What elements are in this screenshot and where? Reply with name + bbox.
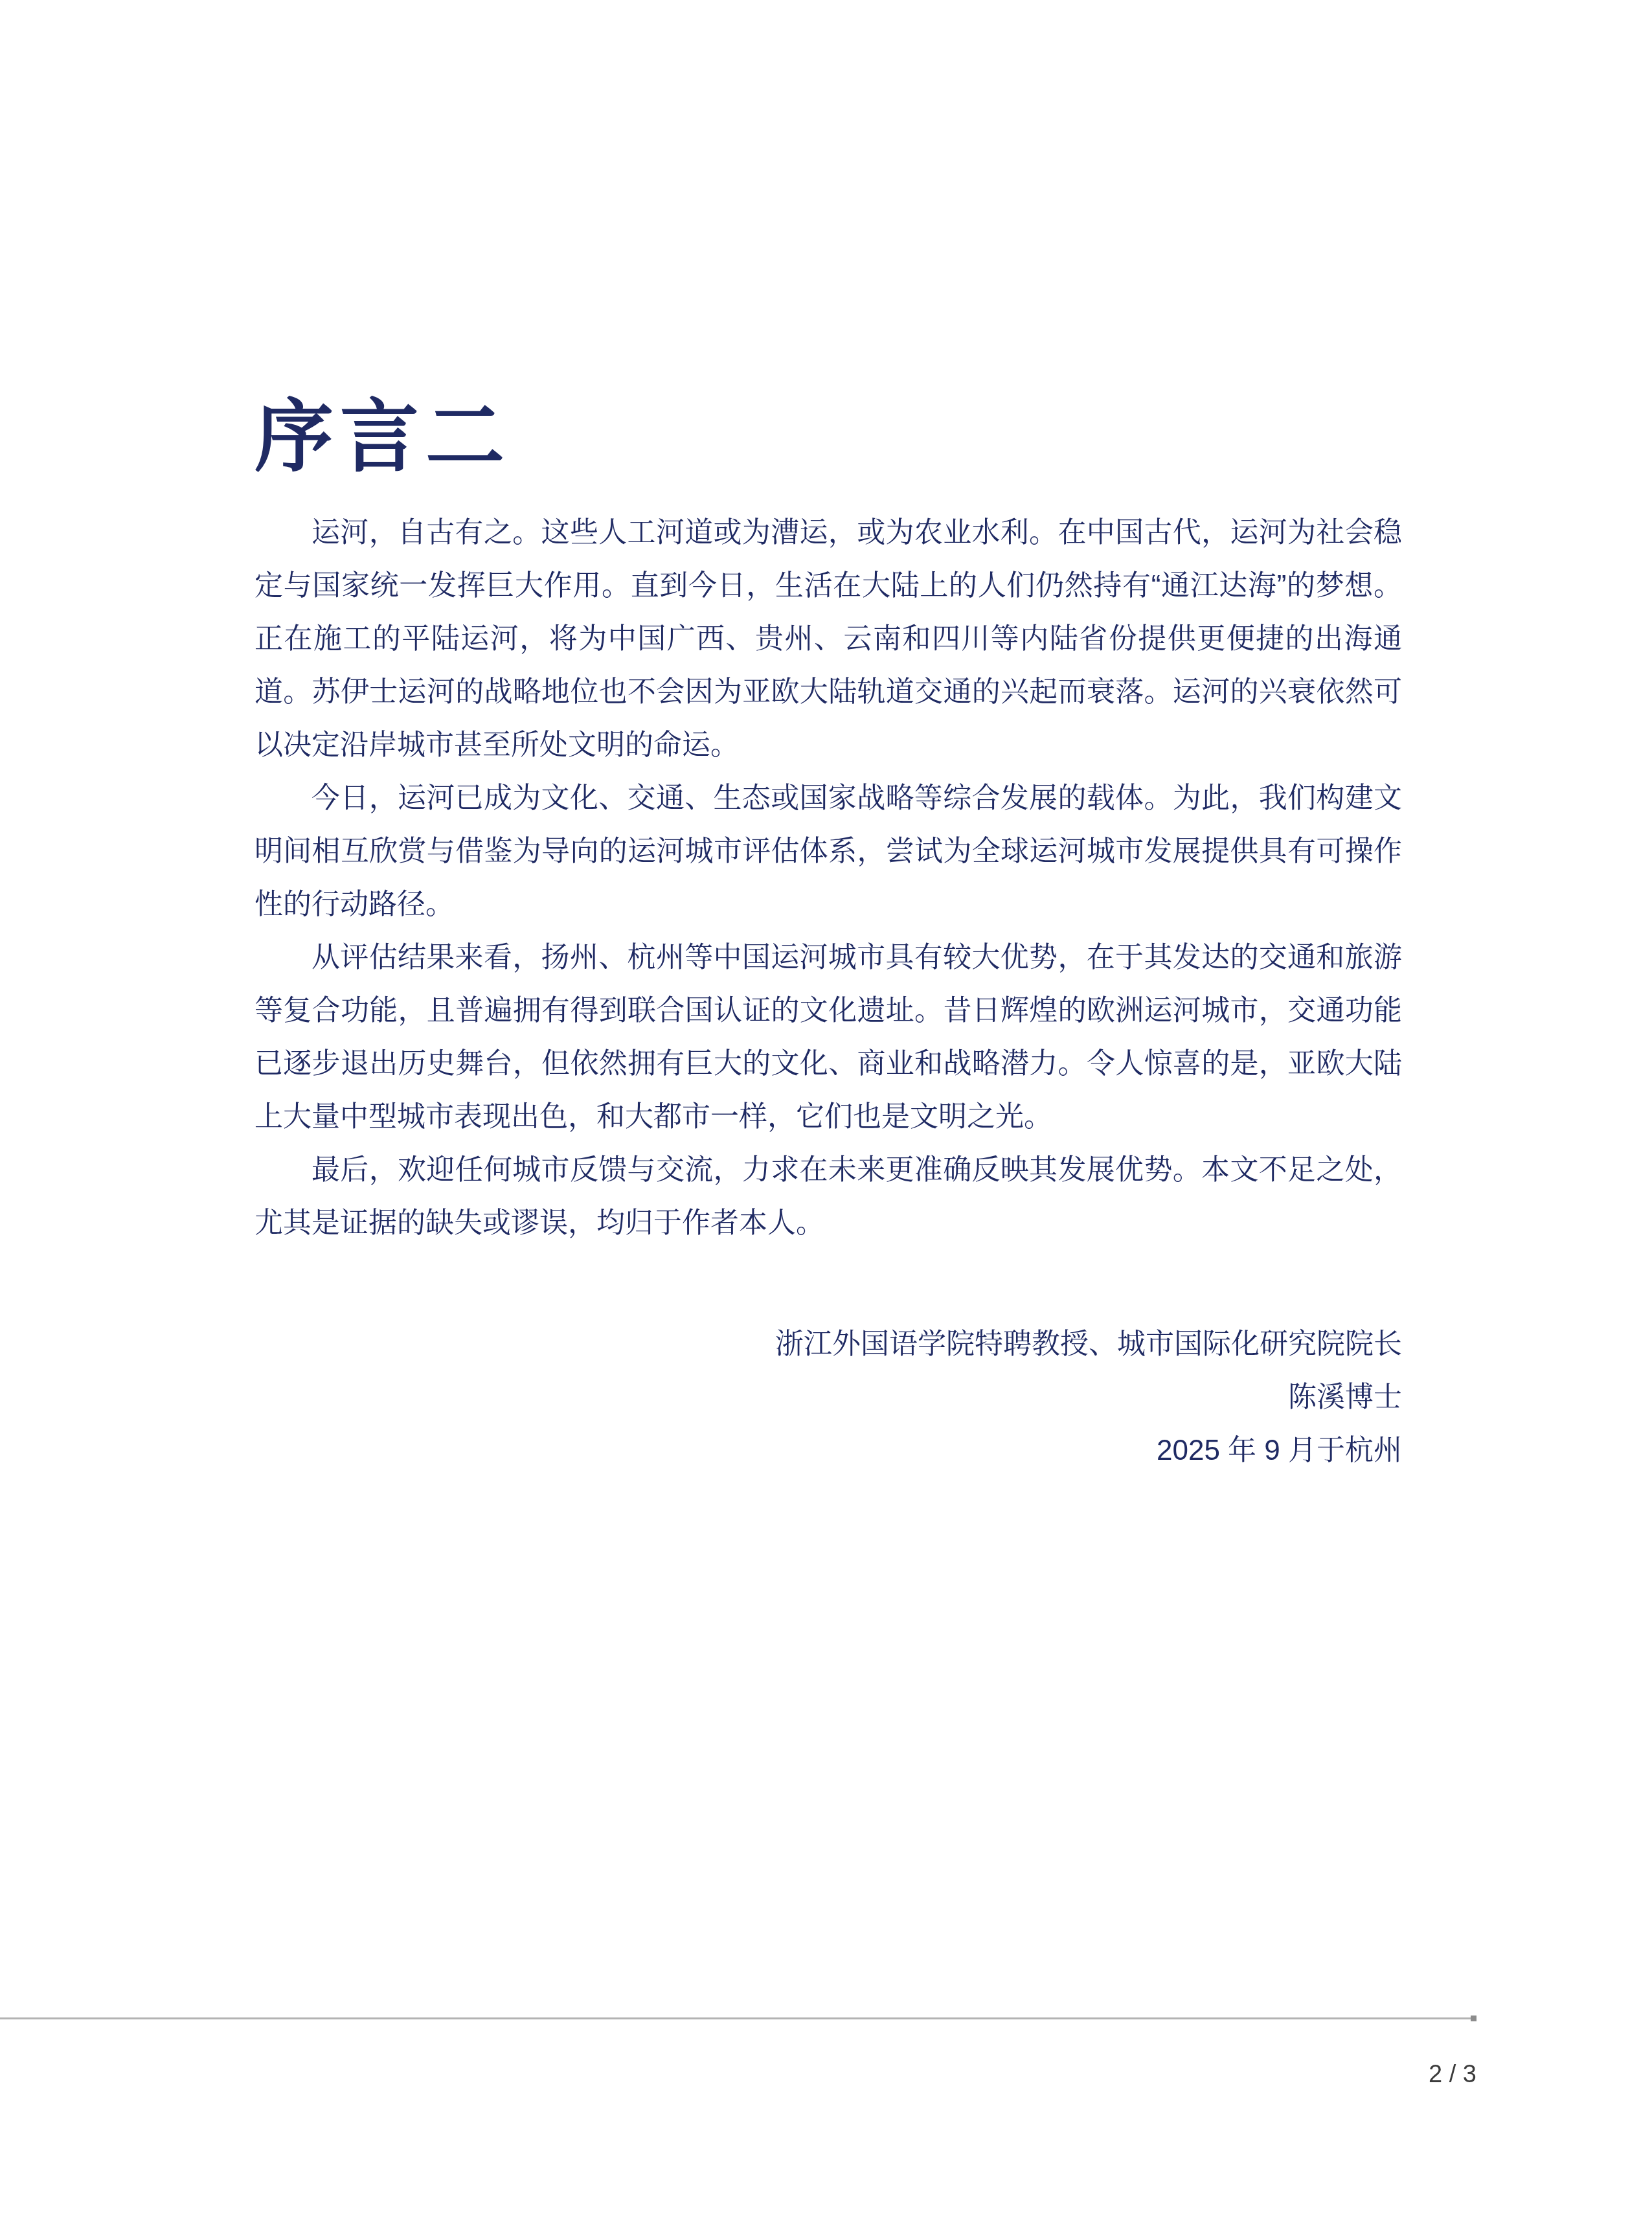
signature-date: 2025 年 9 月于杭州 — [255, 1424, 1402, 1477]
paragraph-3: 从评估结果来看，扬州、杭州等中国运河城市具有较大优势，在于其发达的交通和旅游等复… — [255, 931, 1402, 1144]
paragraph-2: 今日，运河已成为文化、交通、生态或国家战略等综合发展的载体。为此，我们构建文明间… — [255, 772, 1402, 931]
paragraph-4: 最后，欢迎任何城市反馈与交流，力求在未来更准确反映其发展优势。本文不足之处，尤其… — [255, 1144, 1402, 1250]
footer-line-end-dot — [1471, 2016, 1477, 2021]
footer-divider-line — [0, 2017, 1475, 2019]
document-page: 序言二 运河，自古有之。这些人工河道或为漕运，或为农业水利。在中国古代，运河为社… — [0, 0, 1652, 2226]
paragraph-1: 运河，自古有之。这些人工河道或为漕运，或为农业水利。在中国古代，运河为社会稳定与… — [255, 506, 1402, 772]
page-title: 序言二 — [255, 387, 511, 486]
signature-affiliation: 浙江外国语学院特聘教授、城市国际化研究院院长 — [255, 1318, 1402, 1371]
document-body: 运河，自古有之。这些人工河道或为漕运，或为农业水利。在中国古代，运河为社会稳定与… — [255, 506, 1402, 1250]
page-number: 2 / 3 — [1410, 2060, 1495, 2089]
signature-name: 陈溪博士 — [255, 1371, 1402, 1424]
signature-block: 浙江外国语学院特聘教授、城市国际化研究院院长 陈溪博士 2025 年 9 月于杭… — [255, 1318, 1402, 1477]
